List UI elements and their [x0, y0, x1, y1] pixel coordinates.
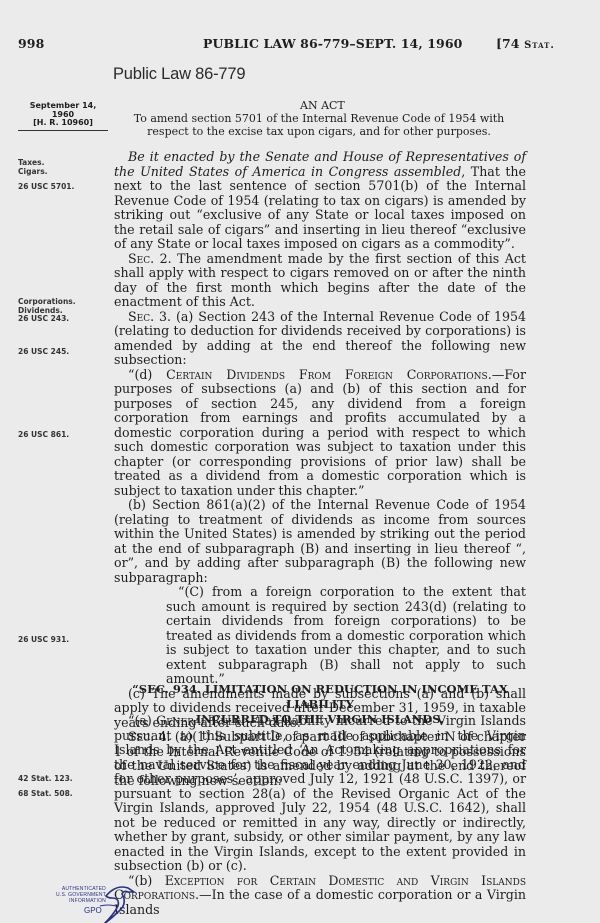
- stat-prefix: [74: [496, 36, 524, 51]
- section-934a-text: —Tax liability incurred to the Virgin Is…: [114, 713, 526, 873]
- section-934-heading-line1: “SEC. 934. LIMITATION ON REDUCTION IN IN…: [114, 682, 526, 712]
- section-3a: Sec. 3. (a) Section 243 of the Internal …: [114, 310, 526, 368]
- margin-note-corporations: Corporations. Dividends. 26 USC 243.: [18, 298, 76, 324]
- section-3b-quote-text: “(C) from a foreign corporation to the e…: [166, 584, 526, 686]
- stat-reference: [74 Stat.: [496, 36, 555, 51]
- section-934a: “(a) General Rule.—Tax liability incurre…: [114, 714, 526, 874]
- margin-note-text: Corporations. Dividends. 26 USC 243.: [18, 298, 76, 324]
- section-2-text: The amendment made by the first section …: [114, 251, 526, 310]
- running-title: PUBLIC LAW 86-779–SEPT. 14, 1960: [203, 36, 462, 51]
- section-3b-quote: “(C) from a foreign corporation to the e…: [166, 585, 526, 687]
- section-3d-prefix: “(d): [128, 367, 166, 382]
- section-934a-heading: General Rule.: [156, 713, 244, 728]
- section-3b-text: (b) Section 861(a)(2) of the Internal Re…: [114, 497, 526, 585]
- section-1: Be it enacted by the Senate and House of…: [114, 150, 526, 252]
- margin-note-usc861: 26 USC 861.: [18, 431, 69, 440]
- seal-line3: INFORMATION: [40, 898, 106, 904]
- date-note-bill: [H. R. 10960]: [18, 119, 108, 128]
- margin-note-text: 42 Stat. 123.: [18, 775, 73, 784]
- date-margin-note: September 14, 1960 [H. R. 10960]: [18, 102, 108, 131]
- body-text-part2: “(a) General Rule.—Tax liability incurre…: [114, 714, 526, 917]
- seal-text: AUTHENTICATED U.S. GOVERNMENT INFORMATIO…: [40, 886, 106, 904]
- section-2-label: Sec. 2.: [128, 251, 172, 266]
- public-law-title: Public Law 86-779: [113, 65, 245, 84]
- section-3a-text: (a) Section 243 of the Internal Revenue …: [114, 309, 526, 368]
- section-3-label: Sec. 3.: [128, 309, 171, 324]
- margin-note-usc245: 26 USC 245.: [18, 348, 69, 357]
- margin-note-text: 26 USC 861.: [18, 431, 69, 440]
- stat-label: Stat.: [524, 40, 555, 51]
- section-934a-prefix: “(a): [128, 713, 156, 728]
- section-3d-heading: Certain Dividends From Foreign Corporati…: [166, 367, 492, 382]
- margin-note-taxes: Taxes. Cigars.: [18, 159, 48, 176]
- act-purpose: To amend section 5701 of the Internal Re…: [113, 112, 525, 138]
- section-2: Sec. 2. The amendment made by the first …: [114, 252, 526, 310]
- margin-note-usc931: 26 USC 931.: [18, 636, 69, 645]
- section-3d-text: —For purposes of subsections (a) and (b)…: [114, 367, 526, 498]
- page-number: 998: [18, 36, 44, 51]
- an-act-heading: AN ACT: [300, 99, 345, 112]
- section-934b: “(b) Exception for Certain Domestic and …: [114, 874, 526, 918]
- eagle-icon: [98, 882, 138, 923]
- margin-note-text: Taxes. Cigars.: [18, 159, 48, 176]
- margin-note-text: 26 USC 5701.: [18, 183, 74, 192]
- margin-note-stat42: 42 Stat. 123.: [18, 775, 73, 784]
- margin-note-usc5701: 26 USC 5701.: [18, 183, 74, 192]
- margin-note-text: 26 USC 931.: [18, 636, 69, 645]
- margin-note-text: 26 USC 245.: [18, 348, 69, 357]
- gpo-authentication-seal: AUTHENTICATED U.S. GOVERNMENT INFORMATIO…: [40, 886, 150, 923]
- section-3b: (b) Section 861(a)(2) of the Internal Re…: [114, 498, 526, 585]
- section-3d: “(d) Certain Dividends From Foreign Corp…: [114, 368, 526, 499]
- margin-note-text: 68 Stat. 508.: [18, 790, 73, 799]
- margin-note-stat68: 68 Stat. 508.: [18, 790, 73, 799]
- date-note-date: September 14, 1960: [18, 102, 108, 119]
